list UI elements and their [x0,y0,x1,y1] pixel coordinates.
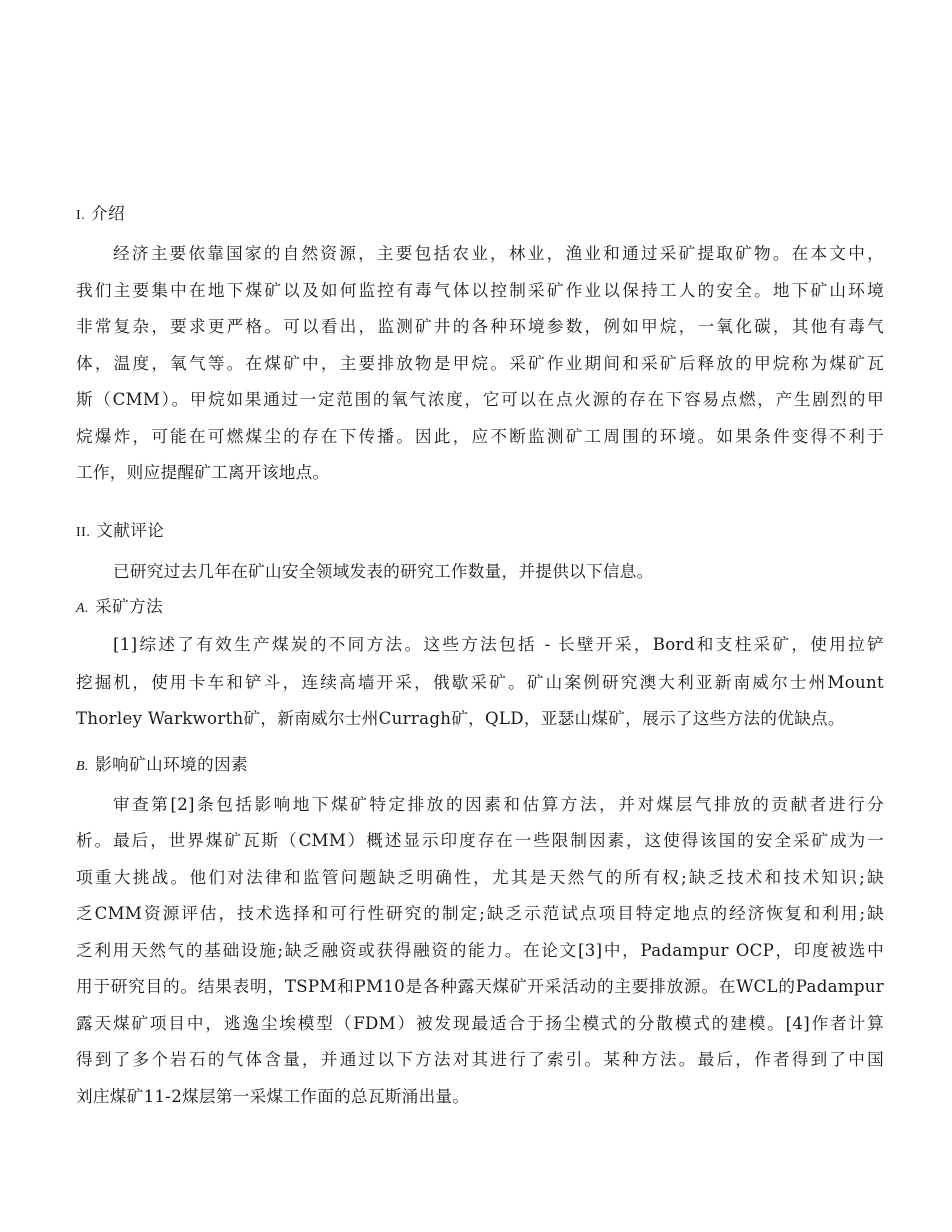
text-line: 我们主要集中在地下煤矿以及如何监控有毒气体以控制采矿作业以保持工人的安全。地下矿… [76,280,884,302]
text-line: 体，温度，氧气等。在煤矿中，主要排放物是甲烷。采矿作业期间和采矿后释放的甲烷称为… [76,353,884,375]
text-line: 已研究过去几年在矿山安全领域发表的研究工作数量，并提供以下信息。 [113,561,884,583]
text-line: 析。最后，世界煤矿瓦斯（CMM）概述显示印度存在一些限制因素，这使得该国的安全采… [76,830,884,852]
section-number: I. [76,208,85,223]
text-line: 乏利用天然气的基础设施;缺乏融资或获得融资的能力。在论文[3]中，Padampu… [76,940,884,962]
text-line: 经济主要依靠国家的自然资源，主要包括农业，林业，渔业和通过采矿提取矿物。在本文中… [113,243,884,265]
text-line: Thorley Warkworth矿，新南威尔士州Curragh矿，QLD，亚瑟… [76,708,884,730]
subsection-number: B. [76,759,89,774]
subsection-title: 采矿方法 [95,597,163,616]
text-line: 工作，则应提醒矿工离开该地点。 [76,462,884,484]
text-line: 刘庄煤矿11-2煤层第一采煤工作面的总瓦斯涌出量。 [76,1086,884,1108]
text-line: 审查第[2]条包括影响地下煤矿特定排放的因素和估算方法，并对煤层气排放的贡献者进… [113,794,884,816]
text-line: 非常复杂，要求更严格。可以看出，监测矿井的各种环境参数，例如甲烷，一氧化碳，其他… [76,316,884,338]
section-heading-literature-review: II.文献评论 [76,520,164,544]
text-line: 烷爆炸，可能在可燃煤尘的存在下传播。因此，应不断监测矿工周围的环境。如果条件变得… [76,426,884,448]
subsection-number: A. [76,601,89,616]
text-line: 挖掘机，使用卡车和铲斗，连续高墙开采，俄歇采矿。矿山案例研究澳大利亚新南威尔士州… [76,672,884,694]
text-line: 用于研究目的。结果表明，TSPM和PM10是各种露天煤矿开采活动的主要排放源。在… [76,976,884,998]
section-title: 文献评论 [96,521,164,540]
text-line: 斯（CMM）。甲烷如果通过一定范围的氧气浓度，它可以在点火源的存在下容易点燃，产… [76,389,884,411]
section-title: 介绍 [91,204,125,223]
subsection-heading-mining-methods: A.采矿方法 [76,596,163,620]
subsection-heading-environment-factors: B.影响矿山环境的因素 [76,754,248,778]
text-line: 露天煤矿项目中，逃逸尘埃模型（FDM）被发现最适合于扬尘模式的分散模式的建模。[… [76,1013,884,1035]
text-line: 得到了多个岩石的气体含量，并通过以下方法对其进行了索引。某种方法。最后，作者得到… [76,1049,884,1071]
section-number: II. [76,525,90,540]
section-heading-introduction: I.介绍 [76,203,125,227]
text-line: 乏CMM资源评估，技术选择和可行性研究的制定;缺乏示范试点项目特定地点的经济恢复… [76,903,884,925]
text-line: [1]综述了有效生产煤炭的不同方法。这些方法包括 - 长壁开采，Bord和支柱采… [113,634,884,656]
text-line: 项重大挑战。他们对法律和监管问题缺乏明确性，尤其是天然气的所有权;缺乏技术和技术… [76,867,884,889]
subsection-title: 影响矿山环境的因素 [95,755,248,774]
